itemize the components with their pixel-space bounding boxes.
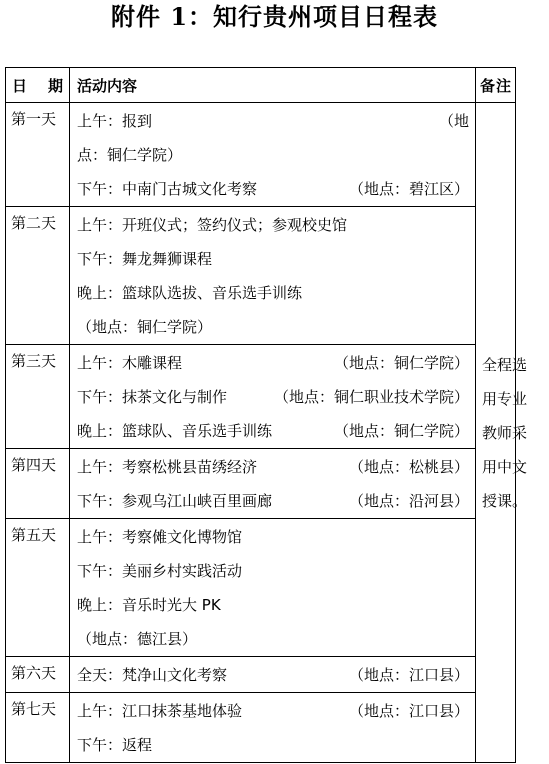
- schedule-table: 日 期 活动内容 备 注 第一天上午：报到（地点：铜仁学院）下午：中南门古城文化…: [5, 67, 516, 763]
- day-cell: 第三天: [6, 345, 70, 449]
- activity-cell: 上午：江口抹茶基地体验（地点：江口县）下午：返程: [70, 693, 476, 763]
- activity-cell: 上午：木雕课程（地点：铜仁学院）下午：抹茶文化与制作（地点：铜仁职业技术学院）晚…: [70, 345, 476, 449]
- header-note: 备 注: [476, 68, 516, 103]
- day-cell: 第七天: [6, 693, 70, 763]
- activity-line: （地点：德江县）: [70, 622, 475, 656]
- activity-line: 晚上：音乐时光大 PK: [70, 588, 475, 622]
- activity-location: （地点：碧江区）: [349, 172, 469, 206]
- activity-cell: 全天：梵净山文化考察（地点：江口县）: [70, 657, 476, 693]
- document-title: 附件 1：知行贵州项目日程表: [0, 2, 549, 32]
- remark-line: 授课。: [482, 484, 515, 518]
- activity-line: （地点：铜仁学院）: [70, 310, 475, 344]
- activity-location: （地点：铜仁学院）: [334, 414, 469, 448]
- activity-text: 上午：报到: [77, 104, 152, 138]
- header-note-char-2: 注: [496, 75, 511, 96]
- activity-location: （地点：铜仁职业技术学院）: [274, 380, 469, 414]
- remark-line: 教师采: [482, 416, 515, 450]
- activity-line: 上午：考察傩文化博物馆: [70, 520, 475, 554]
- header-date-char-1: 日: [12, 75, 27, 96]
- activity-text: 全天：梵净山文化考察: [77, 658, 227, 692]
- remark-line: 用中文: [482, 450, 515, 484]
- activity-line: 全天：梵净山文化考察（地点：江口县）: [70, 658, 475, 692]
- table-header-row: 日 期 活动内容 备 注: [6, 68, 516, 103]
- remark-line: 用专业: [482, 382, 515, 416]
- activity-line: 上午：开班仪式；签约仪式；参观校史馆: [70, 208, 475, 242]
- day-cell: 第六天: [6, 657, 70, 693]
- table-row: 第二天上午：开班仪式；签约仪式；参观校史馆下午：舞龙舞狮课程晚上：篮球队选拔、音…: [6, 207, 516, 345]
- activity-text: 下午：美丽乡村实践活动: [77, 554, 242, 588]
- activity-location: （地点：江口县）: [349, 694, 469, 728]
- activity-cell: 上午：开班仪式；签约仪式；参观校史馆下午：舞龙舞狮课程晚上：篮球队选拔、音乐选手…: [70, 207, 476, 345]
- remarks-cell: 全程选用专业教师采用中文授课。: [476, 103, 516, 763]
- activity-line: 下午：中南门古城文化考察（地点：碧江区）: [70, 172, 475, 206]
- activity-location: （地: [439, 104, 469, 138]
- activity-line: 上午：报到（地: [70, 104, 475, 138]
- activity-text: 晚上：篮球队选拔、音乐选手训练: [77, 276, 302, 310]
- day-cell: 第二天: [6, 207, 70, 345]
- activity-line: 下午：美丽乡村实践活动: [70, 554, 475, 588]
- day-cell: 第一天: [6, 103, 70, 207]
- header-note-char-1: 备: [480, 75, 495, 96]
- activity-line: 上午：江口抹茶基地体验（地点：江口县）: [70, 694, 475, 728]
- activity-location: （地点：沿河县）: [349, 484, 469, 518]
- table-row: 第七天上午：江口抹茶基地体验（地点：江口县）下午：返程: [6, 693, 516, 763]
- activity-text: 上午：江口抹茶基地体验: [77, 694, 242, 728]
- activity-line: 晚上：篮球队选拔、音乐选手训练: [70, 276, 475, 310]
- activity-line: 上午：考察松桃县苗绣经济（地点：松桃县）: [70, 450, 475, 484]
- activity-line: 点：铜仁学院）: [70, 138, 475, 172]
- activity-line: 上午：木雕课程（地点：铜仁学院）: [70, 346, 475, 380]
- activity-text: 上午：开班仪式；签约仪式；参观校史馆: [77, 208, 347, 242]
- table-row: 第一天上午：报到（地点：铜仁学院）下午：中南门古城文化考察（地点：碧江区）全程选…: [6, 103, 516, 207]
- activity-cell: 上午：报到（地点：铜仁学院）下午：中南门古城文化考察（地点：碧江区）: [70, 103, 476, 207]
- activity-text: 下午：舞龙舞狮课程: [77, 242, 212, 276]
- activity-text: 下午：中南门古城文化考察: [77, 172, 257, 206]
- activity-line: 下午：抹茶文化与制作（地点：铜仁职业技术学院）: [70, 380, 475, 414]
- activity-text: 晚上：篮球队、音乐选手训练: [77, 414, 272, 448]
- activity-line: 下午：返程: [70, 728, 475, 762]
- activity-text: 点：铜仁学院）: [77, 138, 182, 172]
- activity-cell: 上午：考察松桃县苗绣经济（地点：松桃县）下午：参观乌江山峡百里画廊（地点：沿河县…: [70, 449, 476, 519]
- table-row: 第五天上午：考察傩文化博物馆下午：美丽乡村实践活动晚上：音乐时光大 PK（地点：…: [6, 519, 516, 657]
- activity-text: （地点：铜仁学院）: [77, 310, 212, 344]
- header-date: 日 期: [6, 68, 70, 103]
- activity-text: 上午：木雕课程: [77, 346, 182, 380]
- activity-location: （地点：松桃县）: [349, 450, 469, 484]
- activity-text: 上午：考察松桃县苗绣经济: [77, 450, 257, 484]
- table-row: 第三天上午：木雕课程（地点：铜仁学院）下午：抹茶文化与制作（地点：铜仁职业技术学…: [6, 345, 516, 449]
- activity-text: 下午：返程: [77, 728, 152, 762]
- header-activity: 活动内容: [70, 68, 476, 103]
- day-cell: 第五天: [6, 519, 70, 657]
- activity-text: 上午：考察傩文化博物馆: [77, 520, 242, 554]
- activity-location: （地点：江口县）: [349, 658, 469, 692]
- activity-location: （地点：铜仁学院）: [334, 346, 469, 380]
- activity-text: （地点：德江县）: [77, 622, 197, 656]
- activity-cell: 上午：考察傩文化博物馆下午：美丽乡村实践活动晚上：音乐时光大 PK（地点：德江县…: [70, 519, 476, 657]
- activity-line: 下午：参观乌江山峡百里画廊（地点：沿河县）: [70, 484, 475, 518]
- table-row: 第四天上午：考察松桃县苗绣经济（地点：松桃县）下午：参观乌江山峡百里画廊（地点：…: [6, 449, 516, 519]
- activity-text: 下午：参观乌江山峡百里画廊: [77, 484, 272, 518]
- activity-text: 下午：抹茶文化与制作: [77, 380, 227, 414]
- day-cell: 第四天: [6, 449, 70, 519]
- activity-line: 下午：舞龙舞狮课程: [70, 242, 475, 276]
- remark-line: 全程选: [482, 348, 515, 382]
- activity-text: 晚上：音乐时光大 PK: [77, 588, 221, 622]
- activity-line: 晚上：篮球队、音乐选手训练（地点：铜仁学院）: [70, 414, 475, 448]
- header-date-char-2: 期: [48, 75, 63, 96]
- table-row: 第六天全天：梵净山文化考察（地点：江口县）: [6, 657, 516, 693]
